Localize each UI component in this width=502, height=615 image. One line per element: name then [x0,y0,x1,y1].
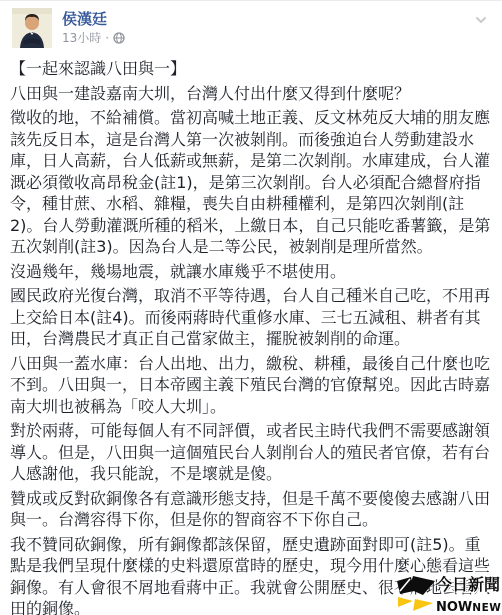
post-paragraph: 對於兩蔣，可能每個人有不同評價，或者民主時代我們不需要感謝領導人。但是，八田與一… [10,420,492,485]
post-paragraph: 贊成或反對砍銅像各有意識形態支持，但是千萬不要傻傻去感謝八田與一。台灣容得下你，… [10,488,492,531]
avatar-photo [12,8,52,48]
post-meta: 13小時 · [62,31,125,45]
author-name-link[interactable]: 侯漢廷 [62,11,107,27]
post-paragraph: 徵收的地，不給補償。當初高喊土地正義、反文林苑反大埔的朋友應該先反日本，這是台灣… [10,107,492,258]
chevron-down-icon[interactable] [474,12,490,28]
facebook-post-card: 侯漢廷 13小時 · 【一起來認識八田與一】 八田與一建設嘉南大圳，台灣人付出什… [0,0,502,615]
post-paragraph: 八田與一蓋水庫：台人出地、出力，繳稅、耕種，最後自己什麼也吃不到。八田與一，日本… [10,353,492,418]
post-paragraph: 八田與一建設嘉南大圳，台灣人付出什麼又得到什麼呢？ [10,83,492,105]
nownews-watermark: 今日新聞 NOWNEWS [396,572,502,612]
globe-icon [113,32,125,44]
post-paragraph: 沒過幾年，幾場地震，就讓水庫幾乎不堪使用。 [10,261,492,283]
nownews-logo-icon [396,574,436,612]
profile-avatar[interactable] [12,8,52,48]
watermark-brand-en: NOWNEWS [436,596,502,615]
watermark-brand-en-rest: NEWS [472,602,502,614]
timestamp-link[interactable]: 13小時 [62,31,101,45]
post-header: 侯漢廷 13小時 · [12,7,494,51]
post-paragraph-title: 【一起來認識八田與一】 [10,58,492,80]
post-paragraph: 國民政府光復台灣，取消不平等待遇，台人自己種米自己吃，不用再上交給日本(註4)。… [10,285,492,350]
watermark-text: 今日新聞 NOWNEWS [436,572,502,615]
watermark-brand-cn: 今日新聞 [436,572,502,595]
watermark-brand-en-bold: NOW [436,600,472,615]
post-body: 【一起來認識八田與一】 八田與一建設嘉南大圳，台灣人付出什麼又得到什麼呢？ 徵收… [10,58,492,615]
meta-separator: · [105,31,109,45]
